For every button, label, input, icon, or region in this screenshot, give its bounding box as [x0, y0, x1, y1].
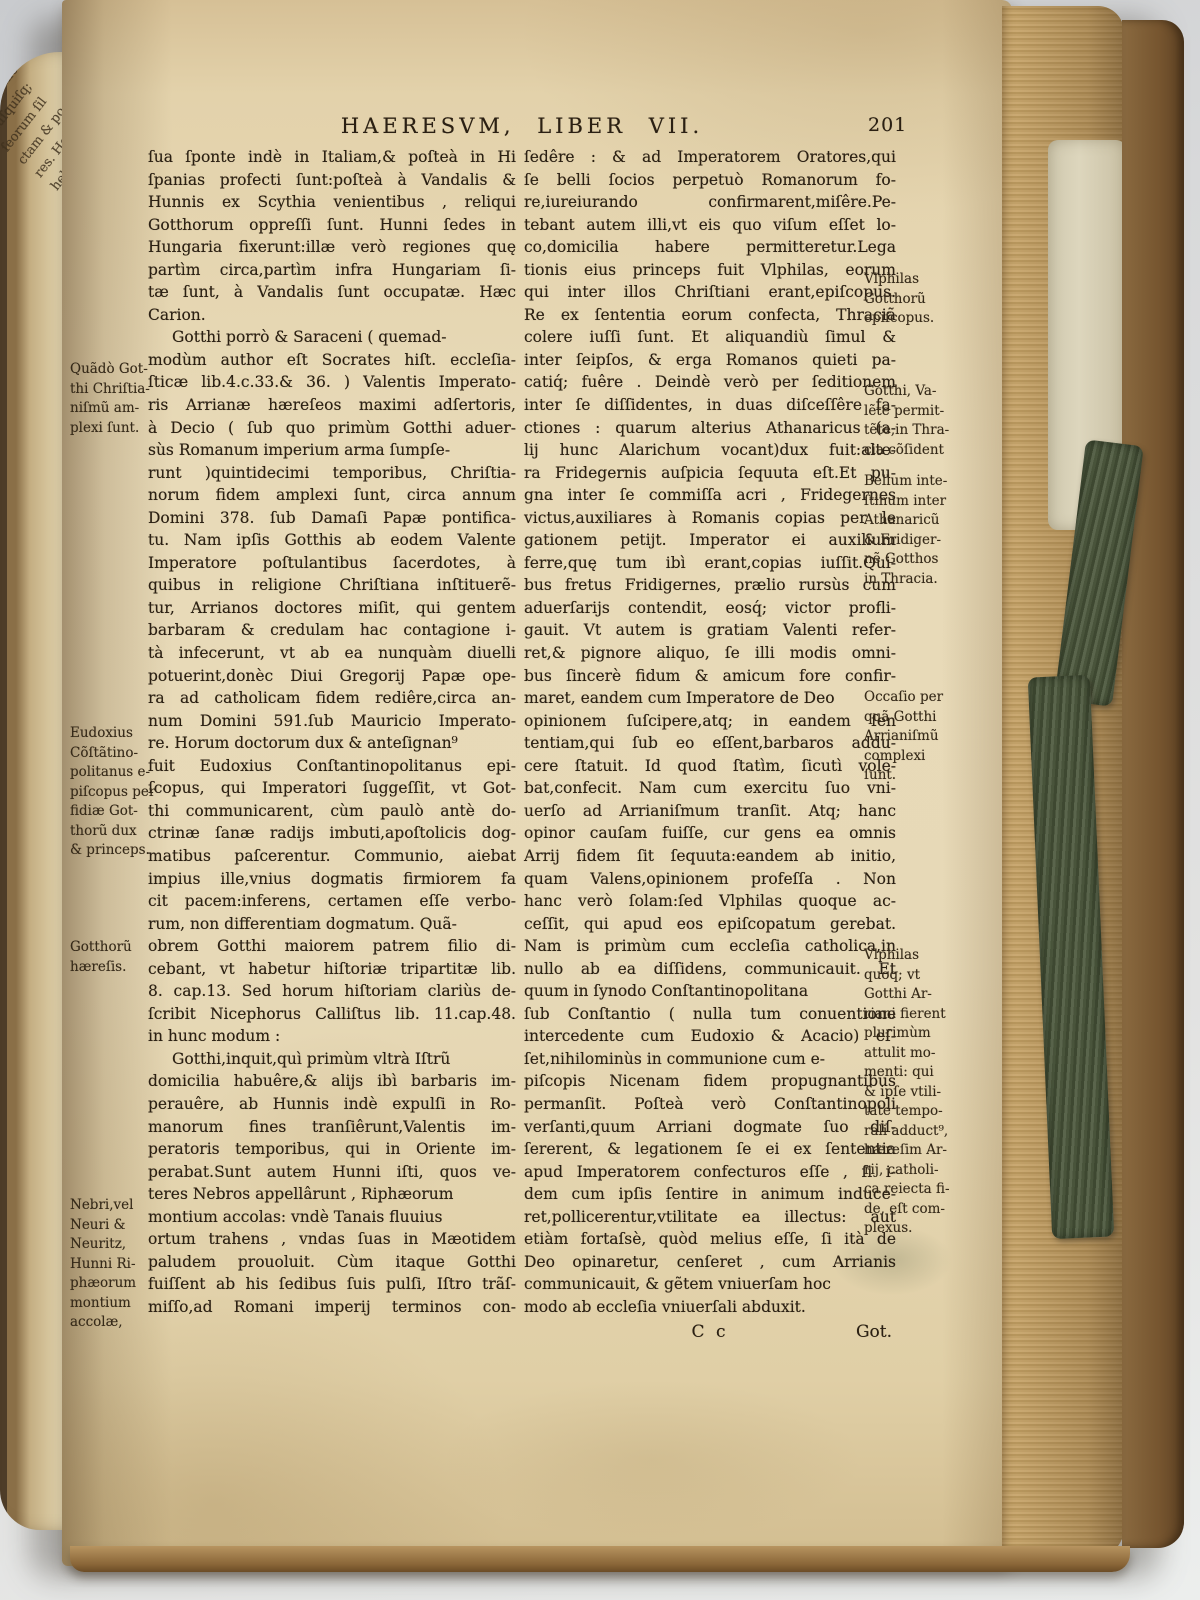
page-header: HAERESVM, LIBER VII. 201: [62, 114, 1012, 144]
margin-note-left-3: Gotthorũhæreſis.: [70, 938, 170, 977]
signature-line: C c Got.: [524, 1322, 896, 1348]
margin-note-left-4: Nebri,velNeuri &Neuritz,Hunni Ri-phæorum…: [70, 1196, 170, 1333]
margin-note-right-2: Gotthi, Va-lẽte permit-tẽte,in Thra-cia …: [864, 382, 964, 460]
margin-note-right-4: Occaſio perquã GotthiArrianiſmũcomplexiſ…: [864, 688, 964, 786]
text-column-right: ſedêre : & ad Imperatorem Oratores,quiſe…: [524, 146, 896, 1318]
text-column-left: ſua ſponte indè in Italiam,& poſteà in H…: [148, 146, 516, 1318]
margin-note-right-5: Vlphilasquoq; vtGotthi Ar-riani fierentp…: [864, 946, 964, 1239]
paper-stain: [442, 1380, 862, 1540]
margin-note-right-3: Bellum inte-ſtinum interAthanaricũ& Frid…: [864, 472, 964, 589]
book-cover-edge: [1122, 20, 1184, 1548]
catchword: Got.: [856, 1322, 892, 1342]
gathering-signature: C c: [524, 1322, 896, 1342]
margin-note-left-1: Quãdò Got-thi Chriſtia-niſmũ am-plexi ſu…: [70, 360, 170, 438]
margin-note-left-2: EudoxiusCõſtãtino-politanus e-piſcopus p…: [70, 724, 170, 861]
book-page: HAERESVM, LIBER VII. 201 ſua ſponte indè…: [62, 0, 1012, 1566]
book-bottom-edge: [70, 1546, 1130, 1572]
margin-note-right-1: VlphilasGotthorũepiſcopus.: [864, 270, 964, 329]
page-number: 201: [868, 114, 968, 136]
running-title: HAERESVM, LIBER VII.: [148, 114, 896, 138]
photo-of-open-book: ani Nouali pótiſsiorum tamẽvnuſquiſq;ſeo…: [0, 0, 1200, 1600]
